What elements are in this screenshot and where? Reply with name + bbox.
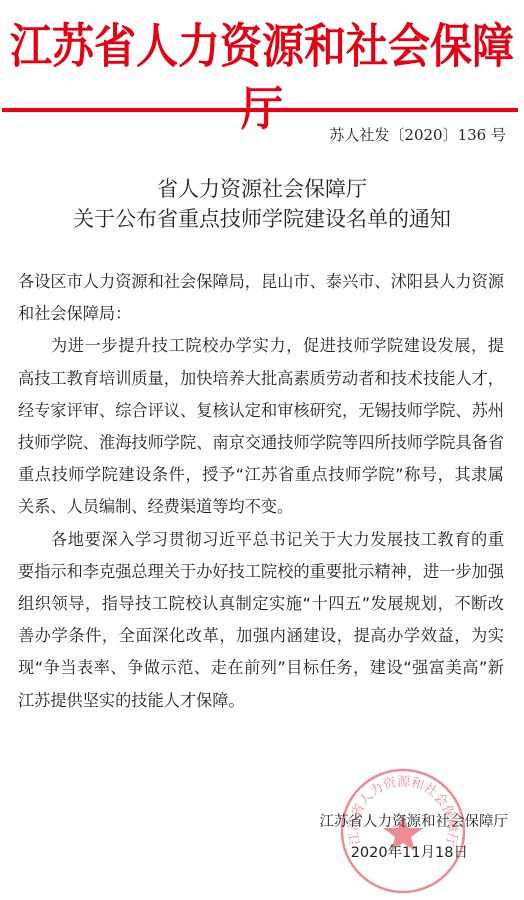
signature-organization: 江苏省人力资源和社会保障厅	[320, 810, 509, 831]
body-paragraph-1: 为进一步提升技工院校办学实力，促进技师学院建设发展，提高技工教育培训质量，加快培…	[18, 330, 504, 523]
official-seal-stamp: 江苏省人力资源和社会保障厅	[338, 766, 468, 896]
notice-title-line2: 关于公布省重点技师学院建设名单的通知	[0, 204, 524, 234]
red-divider-line	[2, 108, 518, 112]
notice-title-line1: 省人力资源社会保障厅	[0, 174, 524, 204]
document-body: 各设区市人力资源和社会保障局，昆山市、泰兴市、沭阳县人力资源和社会保障局： 为进…	[18, 266, 504, 717]
salutation: 各设区市人力资源和社会保障局，昆山市、泰兴市、沭阳县人力资源和社会保障局：	[18, 266, 504, 330]
body-paragraph-2: 各地要深入学习贯彻习近平总书记关于大力发展技工教育的重要指示和李克强总理关于办好…	[18, 524, 504, 717]
masthead-title: 江苏省人力资源和社会保障厅	[0, 15, 524, 140]
document-number: 苏人社发〔2020〕136 号	[329, 124, 506, 145]
signature-date: 2020年11月18日	[351, 841, 468, 862]
